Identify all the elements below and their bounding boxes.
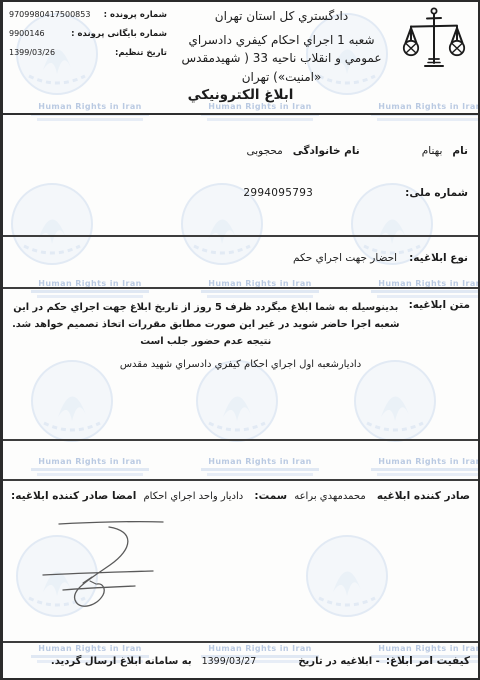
family-name-label: نام خانوادگی: [293, 145, 360, 157]
position-label: سمت:: [254, 490, 287, 502]
quality-suffix: به سامانه ابلاغ ارسال گردید.: [51, 656, 192, 667]
issue-date-label: تاریخ تنظیم:: [115, 48, 167, 58]
signature-label: امضا صادر کننده ابلاغیه:: [11, 490, 136, 502]
issuer-name-value: محمدمهدي براعه: [294, 491, 365, 502]
document-content: دادگستري کل استان تهران شعبه 1 اجراي احک…: [3, 2, 478, 678]
quality-prefix: - ابلاغیه در تاریخ: [298, 656, 379, 667]
court-name-line: شعبه 1 اجراي احکام کيفري دادسراي: [173, 31, 390, 50]
national-id-value: 2994095793: [243, 187, 313, 199]
issue-date-field: تاریخ تنظیم: 1399/03/26: [9, 48, 167, 58]
delivery-status-row: کیفیت امر ابلاغ: - ابلاغیه در تاریخ 1399…: [3, 643, 478, 679]
case-number-field: شماره پرونده : 9709980417500853: [9, 10, 167, 20]
national-id-row: شماره ملی: 2994095793: [13, 187, 468, 199]
person-section: نام بهنام نام خانوادگی محجوبی شماره ملی:…: [3, 115, 478, 237]
document-header: دادگستري کل استان تهران شعبه 1 اجراي احک…: [3, 2, 478, 86]
first-name-label: نام: [452, 145, 468, 157]
notice-text-section: متن ابلاغیه: بدينوسيله به شما ابلاغ ميگر…: [3, 289, 478, 441]
empty-section: [3, 441, 478, 481]
case-number-value: 9709980417500853: [9, 10, 90, 19]
notice-text-label: متن ابلاغیه:: [409, 299, 470, 311]
case-number-label: شماره پرونده :: [104, 10, 167, 20]
issuing-branch-line: دادیارشعبه اول اجراي احکام کیفري دادسراي…: [11, 359, 470, 370]
notice-type-row: نوع ابلاغیه: احضار جهت اجراي حکم: [13, 252, 468, 264]
notice-text-row: متن ابلاغیه: بدينوسيله به شما ابلاغ ميگر…: [11, 299, 470, 350]
issuer-label: صادر کننده ابلاغیه: [377, 490, 470, 502]
name-row: نام بهنام نام خانوادگی محجوبی: [13, 145, 468, 157]
notice-type-value: احضار جهت اجراي حکم: [293, 252, 397, 264]
issue-date-value: 1399/03/26: [9, 48, 55, 57]
issuer-section: صادر کننده ابلاغیه محمدمهدي براعه سمت: د…: [3, 481, 478, 643]
case-fields: شماره پرونده : 9709980417500853 شماره با…: [3, 2, 173, 86]
archive-number-field: شماره بایگانی پرونده : 9900146: [9, 29, 167, 39]
archive-number-value: 9900146: [9, 29, 45, 38]
court-name-line: «امنيت») تهران: [173, 68, 390, 87]
notice-text-body: بدينوسيله به شما ابلاغ ميگردد ظرف 5 روز …: [11, 299, 401, 350]
family-name-value: محجوبی: [246, 145, 282, 157]
notice-document-page: Human Rights in Iran Human Rights in Ira…: [0, 0, 480, 680]
notice-type-section: نوع ابلاغیه: احضار جهت اجراي حکم: [3, 237, 478, 289]
court-name: دادگستري کل استان تهران شعبه 1 اجراي احک…: [173, 2, 390, 86]
delivery-date: 1399/03/27: [202, 656, 257, 667]
court-name-line: دادگستري کل استان تهران: [173, 7, 390, 26]
issuer-group: صادر کننده ابلاغیه محمدمهدي براعه: [294, 490, 470, 502]
first-name-value: بهنام: [422, 145, 443, 157]
quality-label: کیفیت امر ابلاغ:: [386, 655, 470, 667]
issuer-row: صادر کننده ابلاغیه محمدمهدي براعه سمت: د…: [11, 490, 470, 502]
position-group: سمت: دادیار واحد اجراي احکام: [143, 490, 287, 502]
scales-of-justice-icon: [390, 2, 478, 86]
handwritten-signature: [13, 511, 173, 616]
notice-type-label: نوع ابلاغیه:: [409, 252, 468, 264]
archive-number-label: شماره بایگانی پرونده :: [71, 29, 167, 39]
page-title: ابلاغ الکترونيکي: [3, 86, 478, 115]
court-name-line: عمومي و انقلاب ناحيه 33 ( شهيدمقدس: [173, 49, 390, 68]
national-id-label: شماره ملی:: [405, 187, 468, 199]
position-value: دادیار واحد اجراي احکام: [143, 491, 243, 502]
